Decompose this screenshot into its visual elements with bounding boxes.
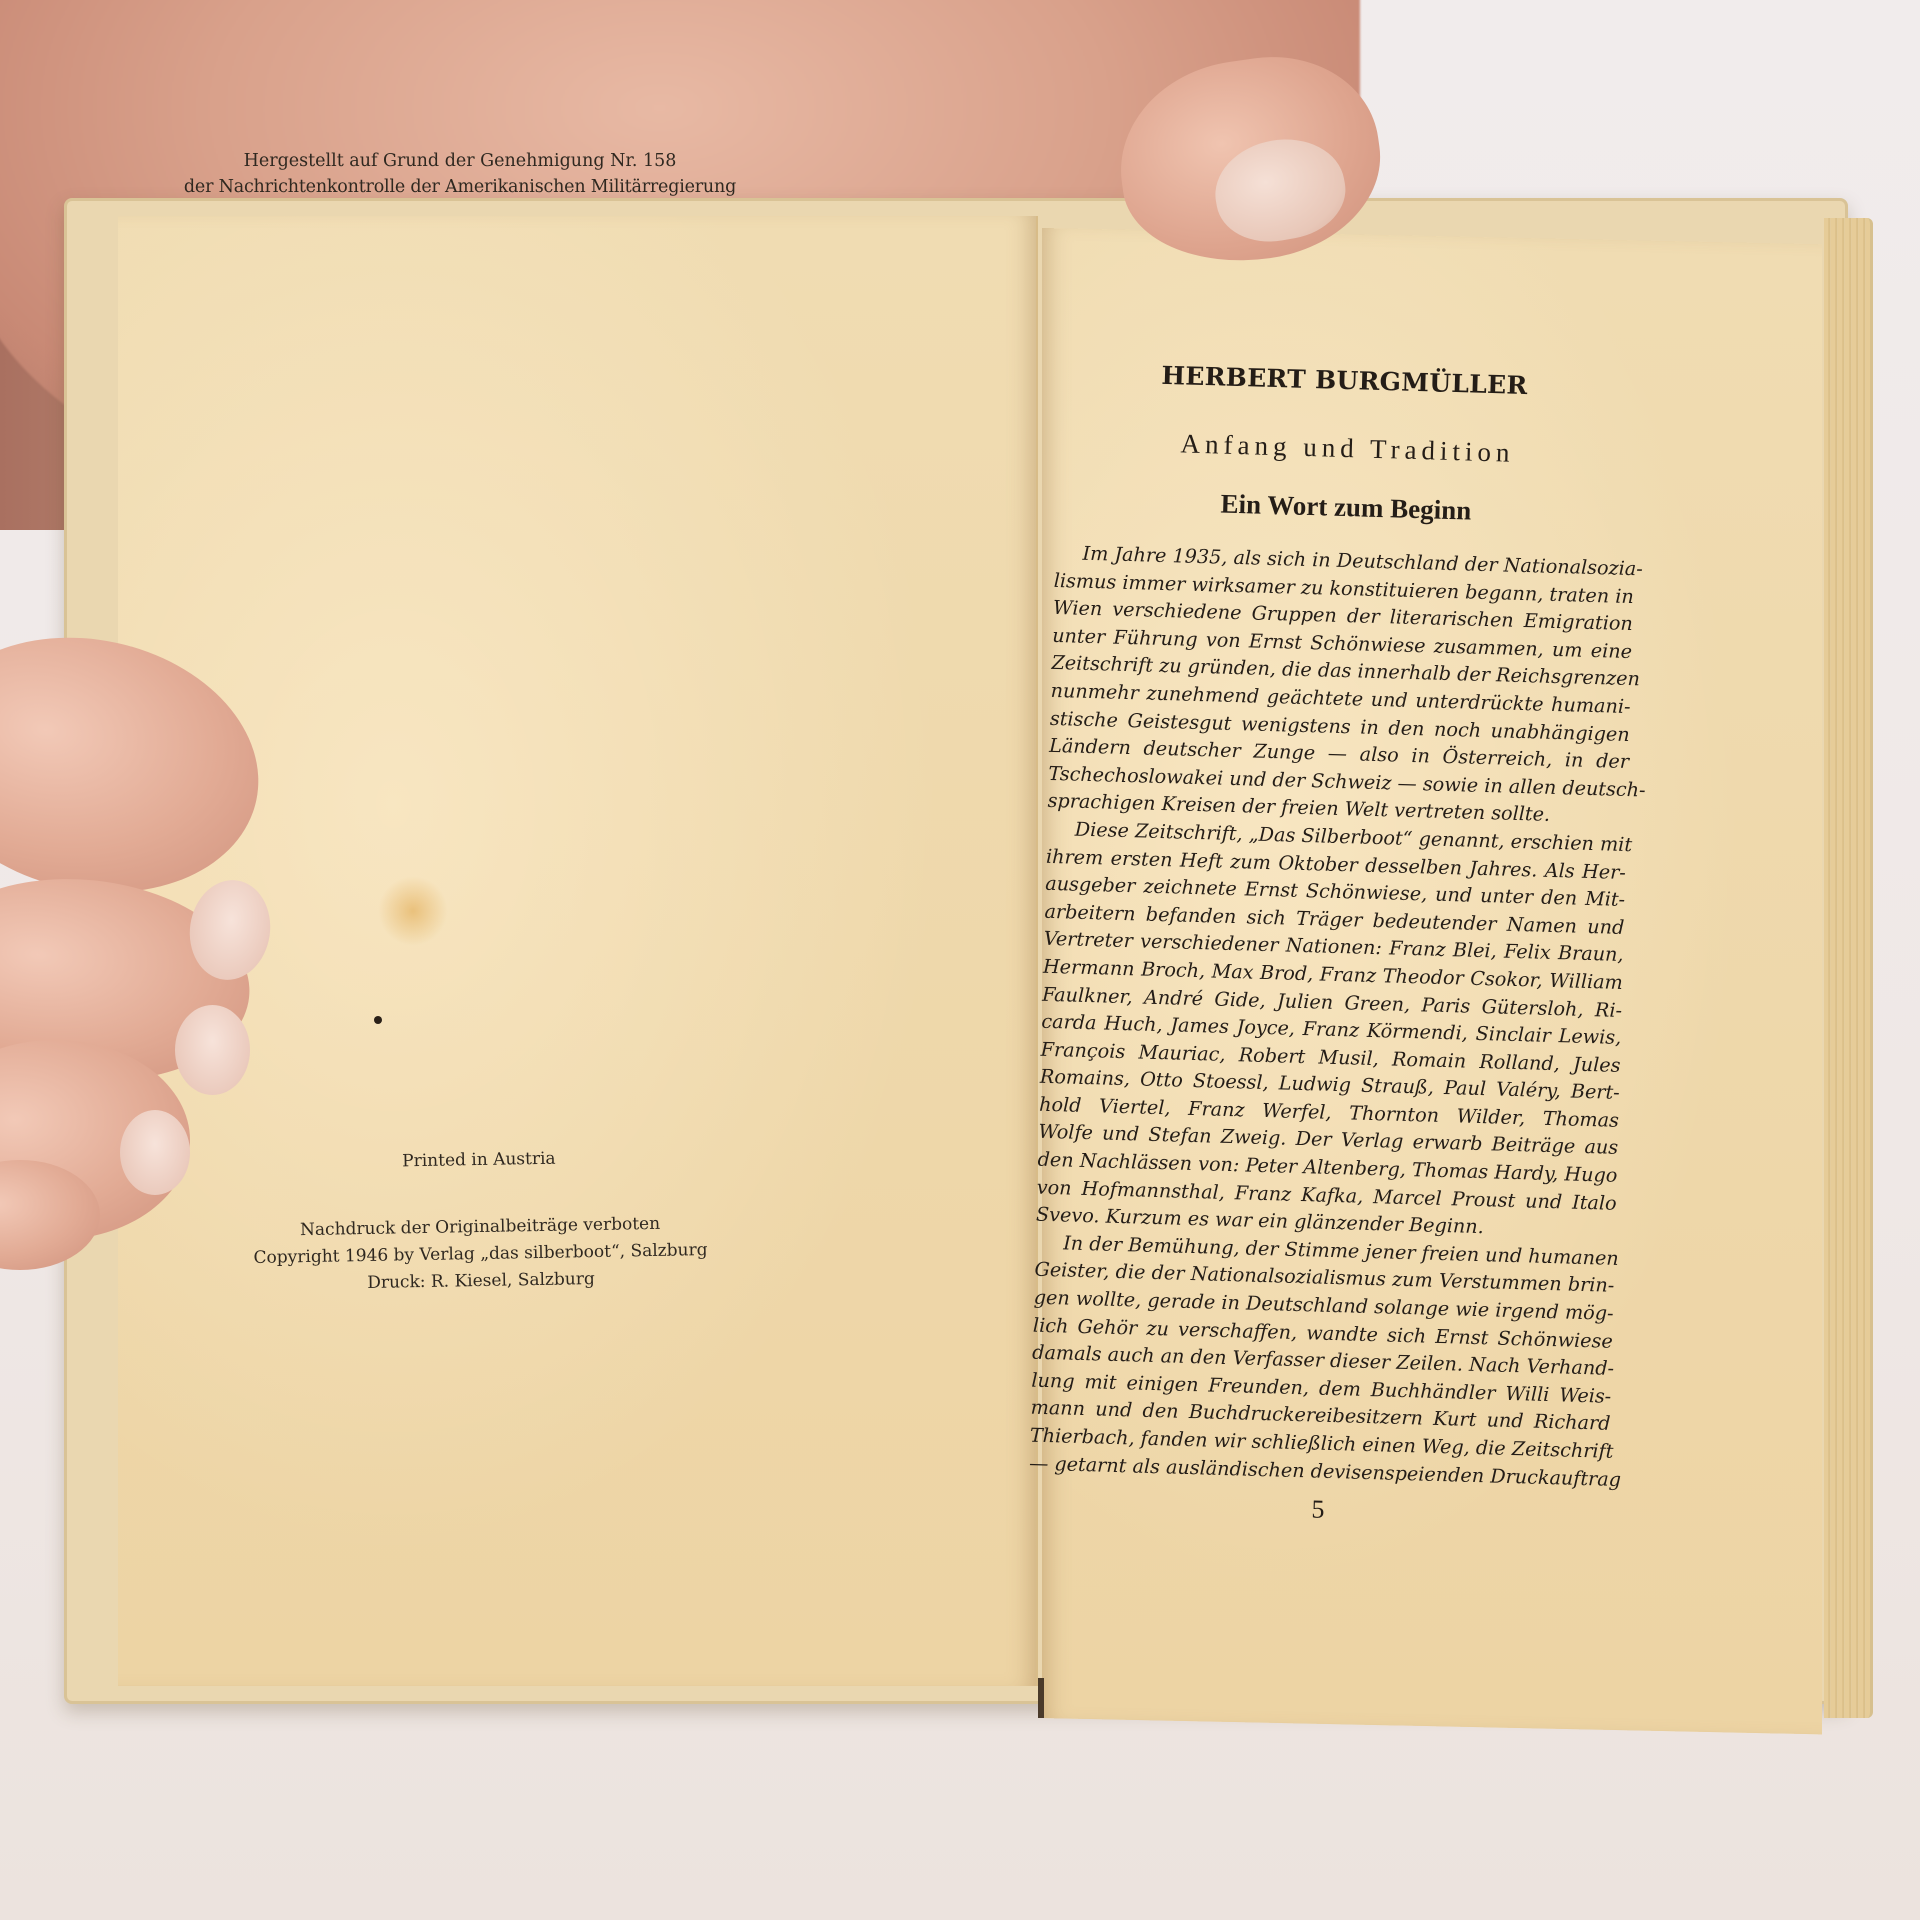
chapter-page: HERBERT BURGMÜLLER Anfang und Tradition … (1028, 358, 1640, 1533)
license-notice: Hergestellt auf Grund der Genehmigung Nr… (160, 148, 760, 200)
license-line-1: Hergestellt auf Grund der Genehmigung Nr… (160, 148, 760, 174)
age-stain (378, 876, 448, 946)
body-text: Im Jahre 1935, als sich in Deutschland d… (1029, 539, 1635, 1493)
fingernail (175, 1005, 250, 1095)
spine-gap (1038, 1678, 1044, 1718)
book-title: Anfang und Tradition (1057, 425, 1638, 472)
photo-scene: Hergestellt auf Grund der Genehmigung Nr… (0, 0, 1920, 1920)
license-line-2: der Nachrichtenkontrolle der Amerikanisc… (160, 174, 760, 200)
fingernail (120, 1110, 190, 1195)
imprint: Printed in Austria Nachdruck der Origina… (169, 1145, 791, 1301)
ink-spot (374, 1016, 382, 1024)
page-edges (1824, 218, 1873, 1718)
section-title: Ein Wort zum Beginn (1056, 484, 1637, 531)
